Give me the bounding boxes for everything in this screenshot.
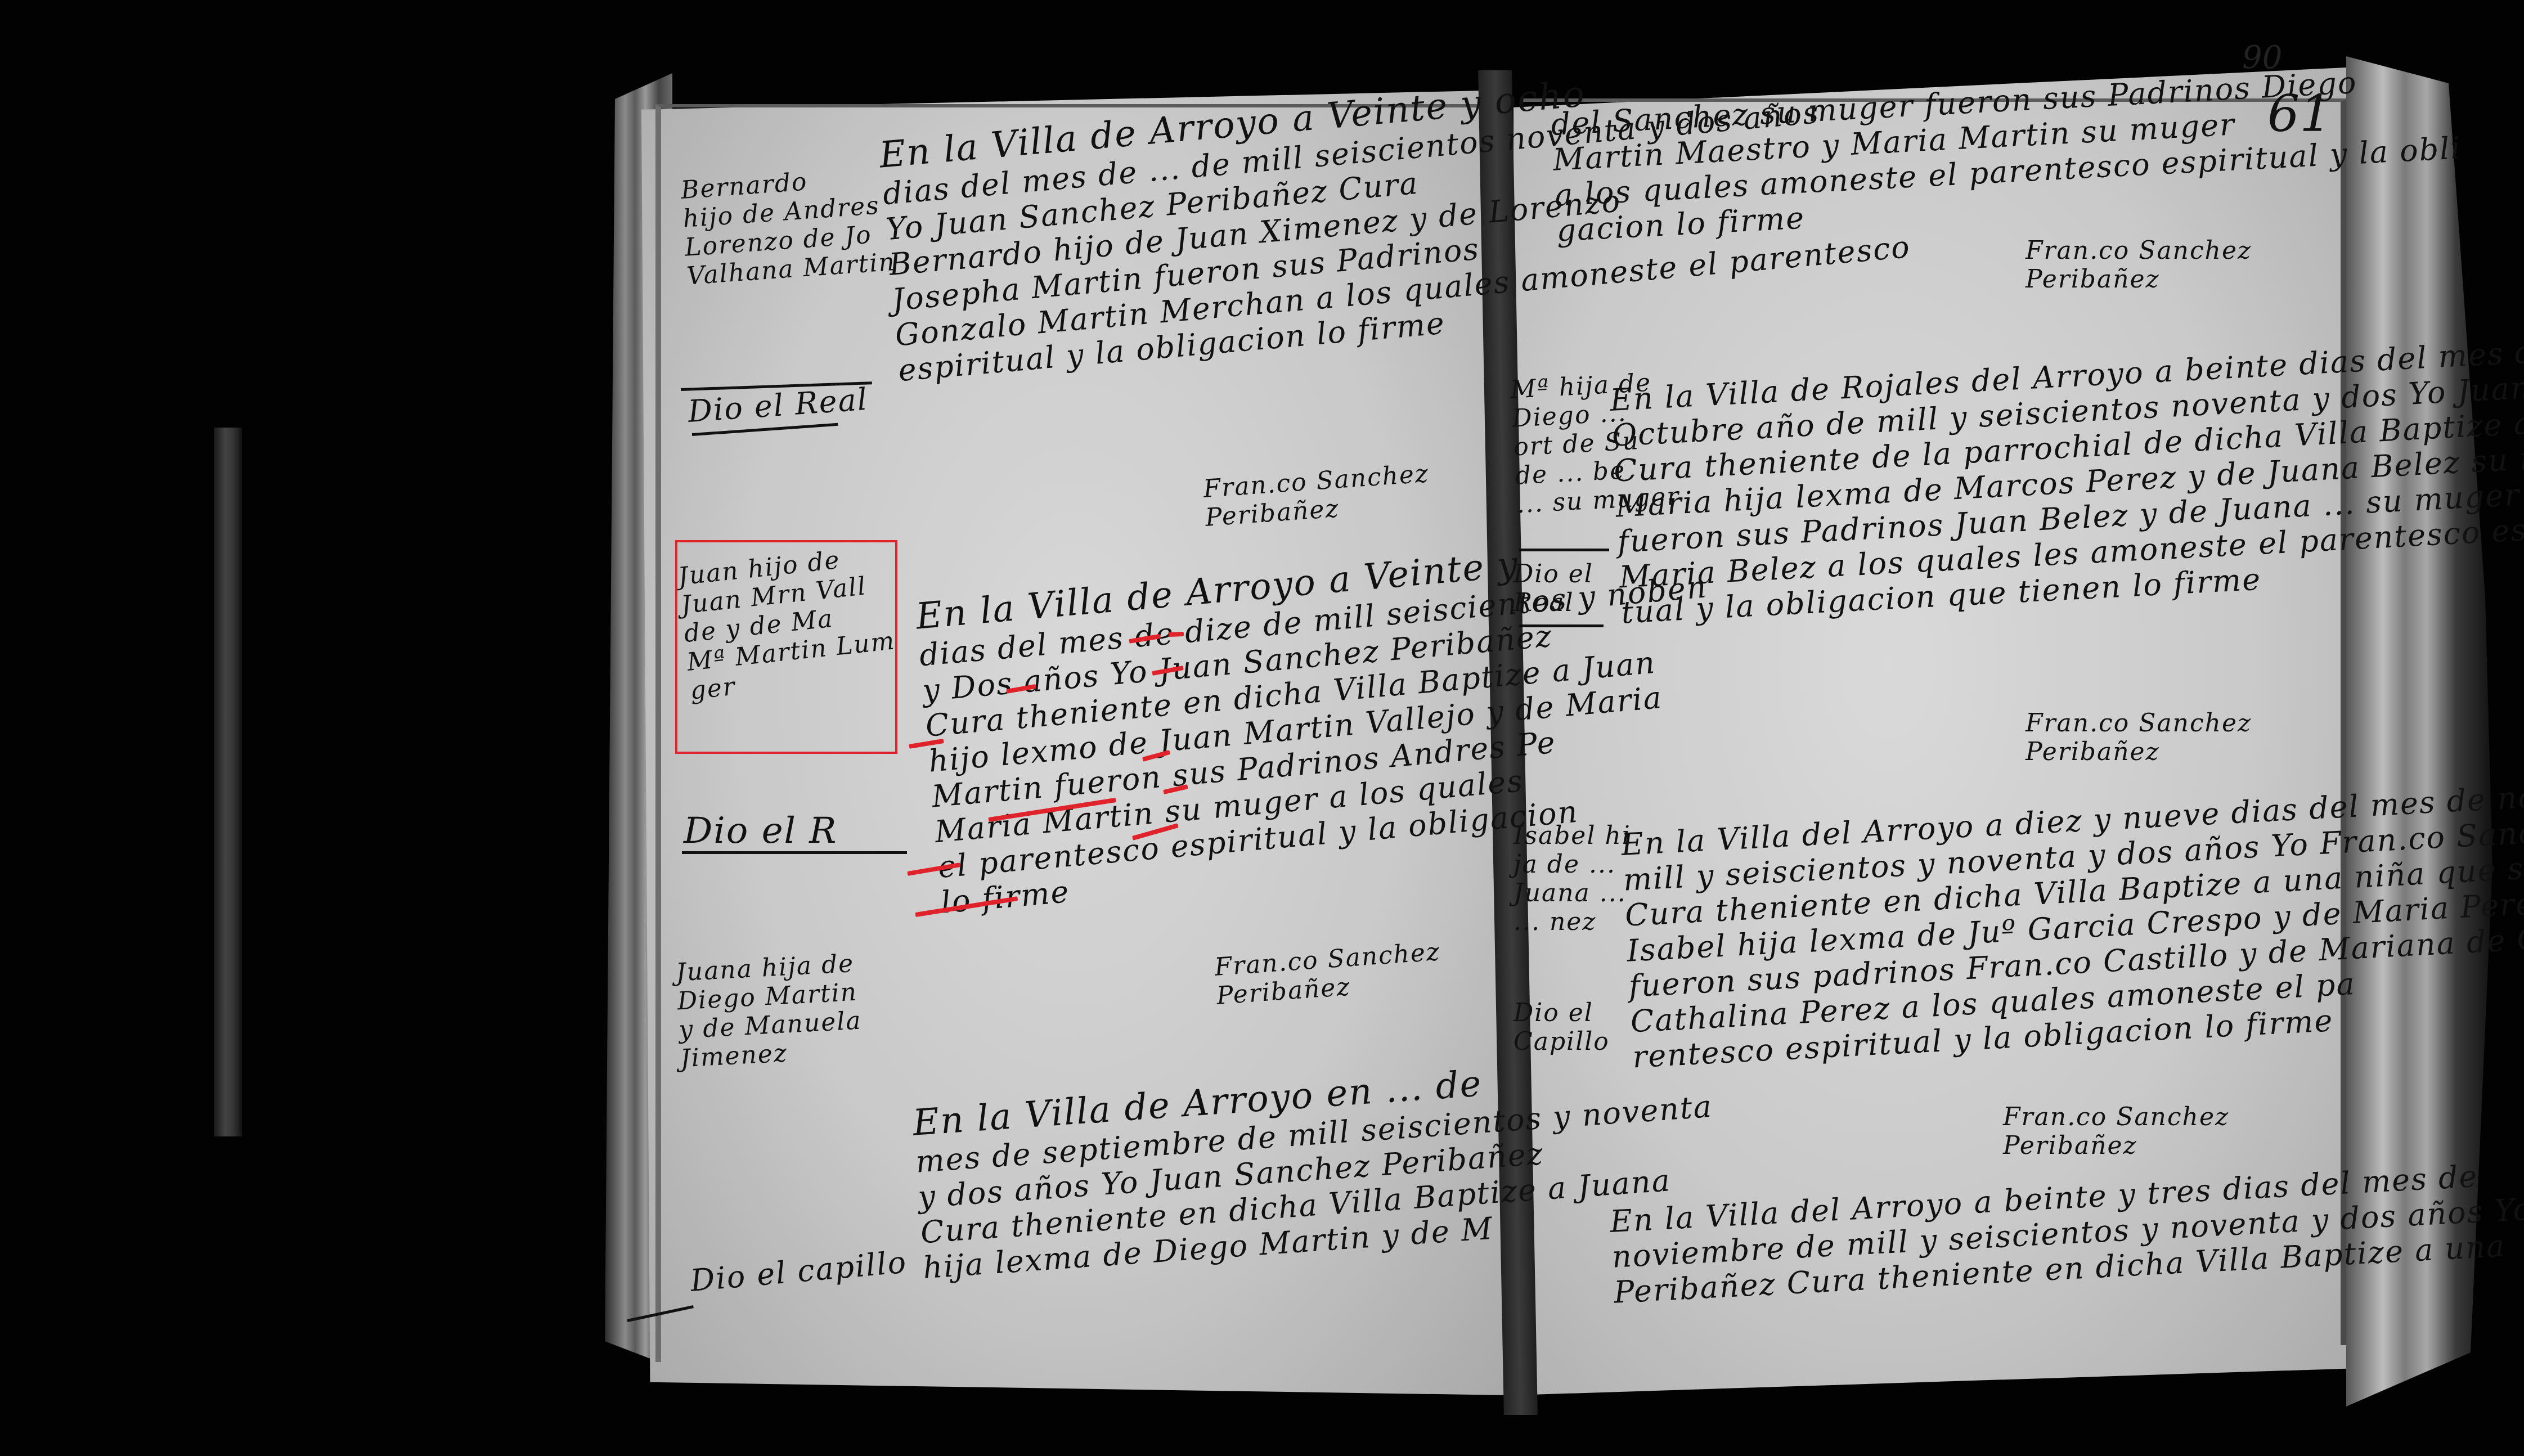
right-signature-2: Fran.co Sanchez Peribañez [2003, 1103, 2229, 1160]
right-margin-note-4: Dio el Capillo [1513, 999, 1610, 1056]
margin-note-5: Juana hija de Diego Martin y de Manuela … [675, 949, 864, 1073]
margin-line: Juana ... [1513, 879, 1631, 907]
margin-line: Capillo [1513, 1027, 1610, 1056]
right-margin-note-2: Dio el Real [1513, 560, 1593, 617]
bookmark-ribbon [214, 428, 242, 1136]
signature-line: Peribañez [2026, 265, 2252, 294]
margin-line: Dio el [1513, 999, 1610, 1027]
margin-line: ... nez [1513, 907, 1631, 936]
right-signature-0: Fran.co Sanchez Peribañez [2026, 236, 2252, 294]
margin-note-4: Dio el R [684, 810, 838, 852]
signature-line: Fran.co Sanchez [2026, 236, 2252, 265]
margin-divider [1519, 624, 1604, 627]
signature-line: Fran.co Sanchez [2026, 709, 2252, 738]
margin-line: Dio el [1513, 560, 1593, 588]
signature-line: Fran.co Sanchez [2003, 1103, 2229, 1131]
right-signature-1: Fran.co Sanchez Peribañez [2026, 709, 2252, 766]
highlight-box [675, 540, 897, 754]
margin-divider [682, 851, 907, 854]
margin-line: ja de ... [1513, 850, 1631, 879]
underline-annotation [1169, 632, 1184, 637]
signature-line: Peribañez [2026, 738, 2252, 766]
margin-divider [1519, 549, 1609, 551]
margin-note-1: Bernardo hijo de Andres Lorenzo de Jo Va… [680, 161, 896, 290]
margin-line: Real [1513, 588, 1593, 617]
margin-line: Isabel hi [1513, 821, 1631, 850]
right-margin-note-3: Isabel hi ja de ... Juana ... ... nez [1513, 821, 1631, 936]
signature-line: Peribañez [2003, 1131, 2229, 1160]
